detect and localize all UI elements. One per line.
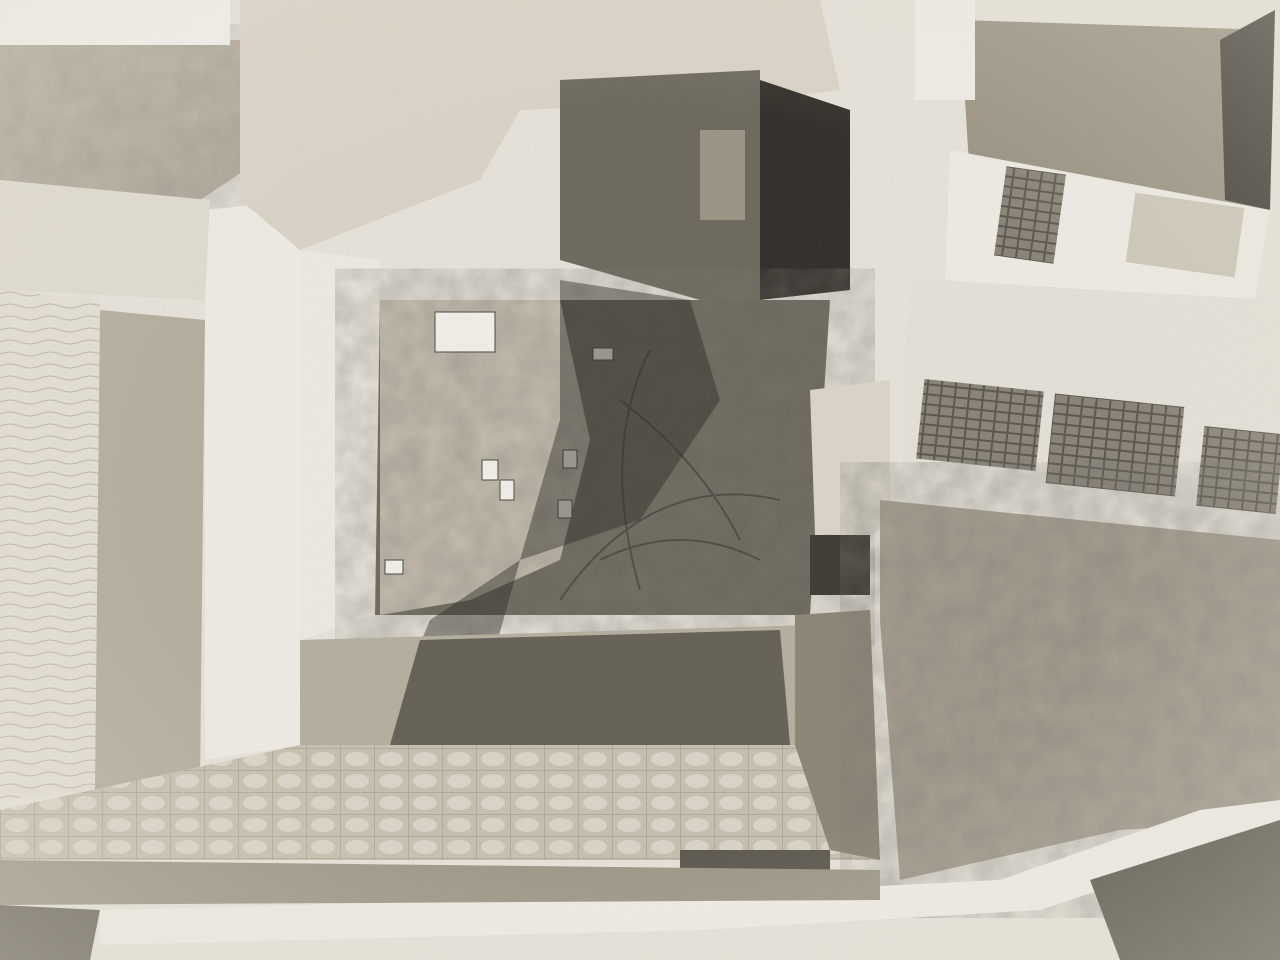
film-grain <box>0 0 1280 960</box>
scene-illustration <box>0 0 1280 960</box>
aerial-construction-photo <box>0 0 1280 960</box>
